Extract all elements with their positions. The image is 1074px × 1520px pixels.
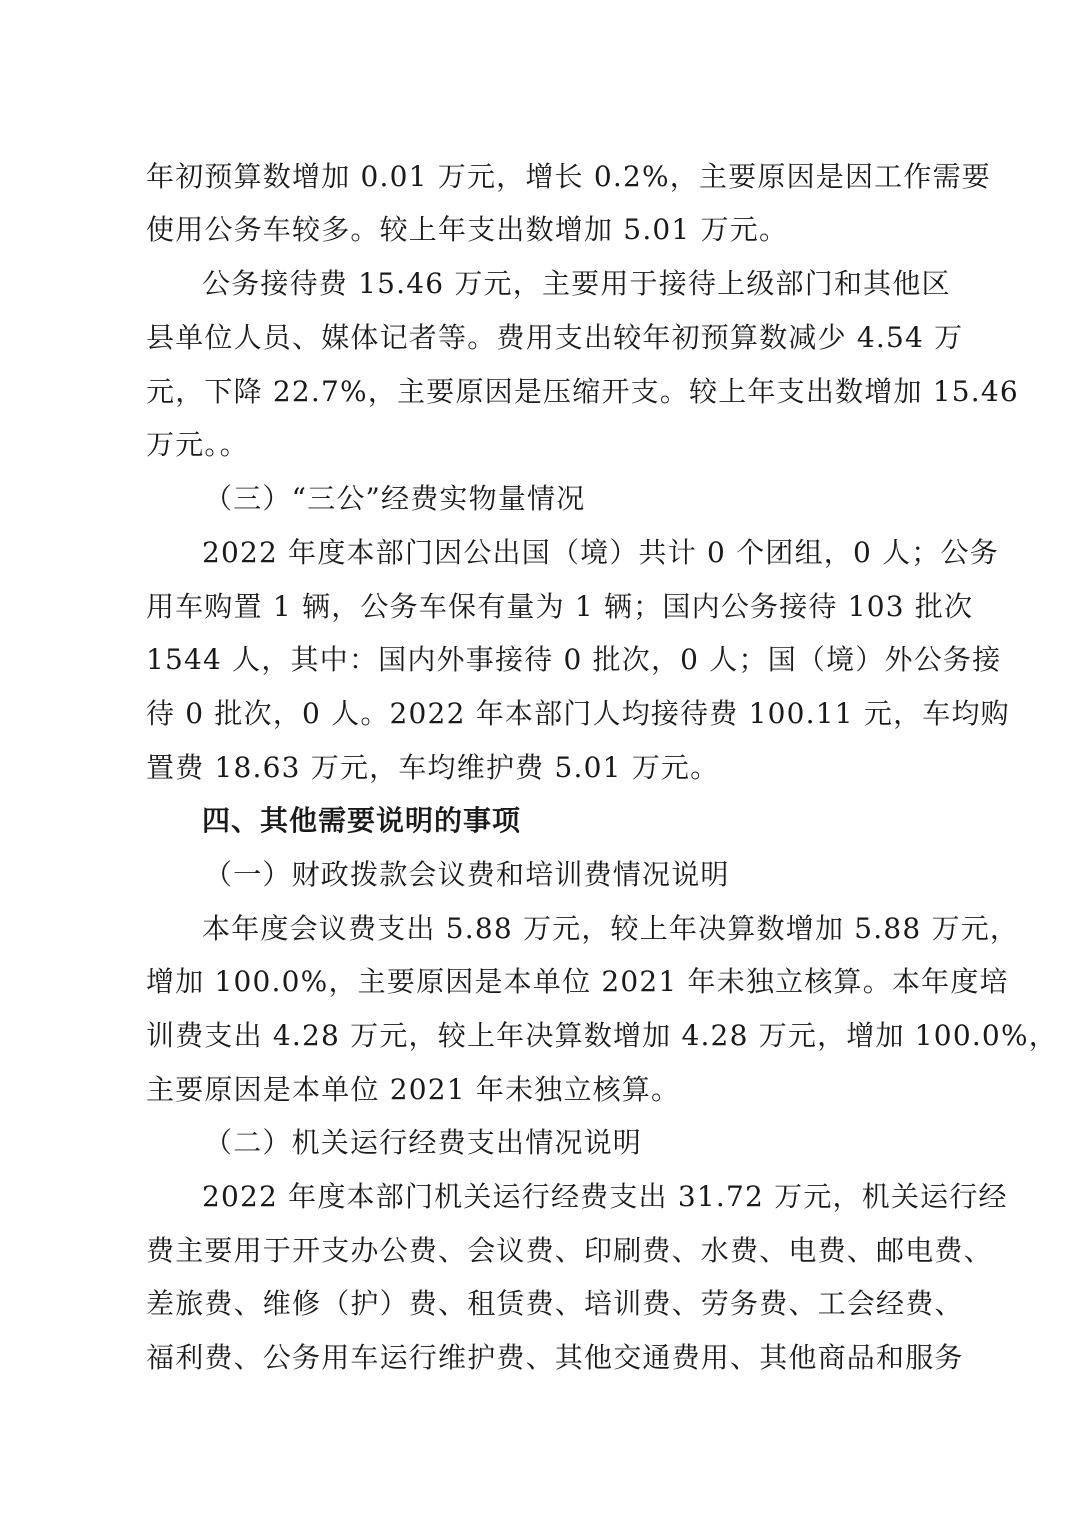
subheading-three-public-quantity: （三）“三公”经费实物量情况 — [204, 479, 1004, 519]
paragraph-start-quantity: 2022 年度本部门因公出国（境）共计 0 个团组，0 人；公务 — [202, 533, 1002, 573]
paragraph-start-meeting-fees: 本年度会议费支出 5.88 万元，较上年决算数增加 5.88 万元， — [202, 909, 1002, 949]
text-line: 万元。。 — [146, 425, 946, 465]
text-line: 元，下降 22.7%，主要原因是压缩开支。较上年支出数增加 15.46 — [146, 372, 946, 412]
text-line: 年初预算数增加 0.01 万元，增长 0.2%，主要原因是因工作需要 — [146, 157, 946, 197]
section-heading-other-matters: 四、其他需要说明的事项 — [202, 801, 1002, 841]
text-line: 用车购置 1 辆，公务车保有量为 1 辆；国内公务接待 103 批次 — [146, 587, 946, 627]
text-line: 费主要用于开支办公费、会议费、印刷费、水费、电费、邮电费、 — [146, 1231, 946, 1271]
paragraph-start-reception-fee: 公务接待费 15.46 万元，主要用于接待上级部门和其他区 — [202, 264, 1002, 304]
text-line: 1544 人，其中：国内外事接待 0 批次，0 人；国（境）外公务接 — [146, 640, 946, 680]
text-line: 主要原因是本单位 2021 年未独立核算。 — [146, 1070, 946, 1110]
text-line: 待 0 批次，0 人。2022 年本部门人均接待费 100.11 元，车均购 — [146, 694, 946, 734]
text-line: 差旅费、维修（护）费、租赁费、培训费、劳务费、工会经费、 — [146, 1284, 946, 1324]
text-line: 福利费、公务用车运行维护费、其他交通费用、其他商品和服务 — [146, 1338, 946, 1378]
text-line: 使用公务车较多。较上年支出数增加 5.01 万元。 — [146, 210, 946, 250]
subheading-meeting-training-fees: （一）财政拨款会议费和培训费情况说明 — [204, 855, 1004, 895]
text-line: 增加 100.0%，主要原因是本单位 2021 年未独立核算。本年度培 — [146, 962, 946, 1002]
document-page: 年初预算数增加 0.01 万元，增长 0.2%，主要原因是因工作需要 使用公务车… — [0, 0, 1074, 1520]
subheading-operating-expenses: （二）机关运行经费支出情况说明 — [204, 1123, 1004, 1163]
text-line: 训费支出 4.28 万元，较上年决算数增加 4.28 万元，增加 100.0%， — [146, 1016, 946, 1056]
text-line: 县单位人员、媒体记者等。费用支出较年初预算数减少 4.54 万 — [146, 318, 946, 358]
paragraph-start-operating-expenses: 2022 年度本部门机关运行经费支出 31.72 万元，机关运行经 — [202, 1177, 1002, 1217]
text-line: 置费 18.63 万元，车均维护费 5.01 万元。 — [146, 748, 946, 788]
